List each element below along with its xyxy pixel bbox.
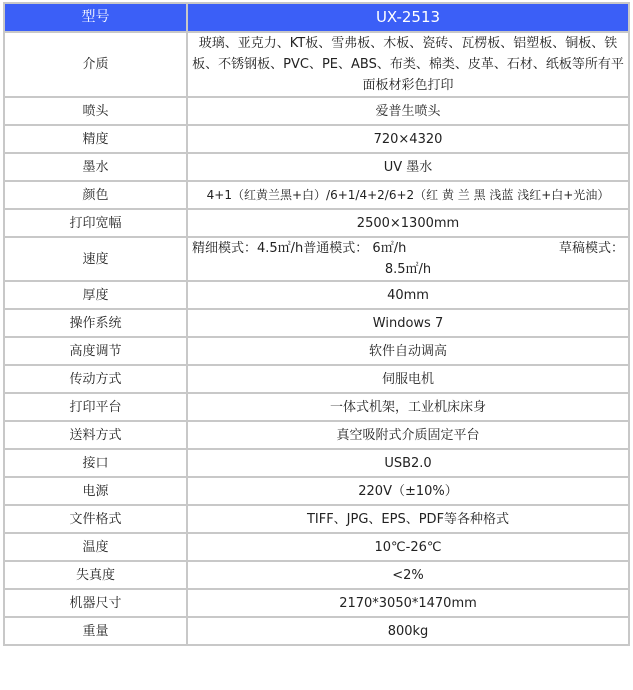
row-label: 打印宽幅: [4, 209, 187, 237]
table-row: 机器尺寸 2170*3050*1470mm: [4, 589, 629, 617]
table-row: 送料方式 真空吸附式介质固定平台: [4, 421, 629, 449]
table-row: 操作系统 Windows 7: [4, 309, 629, 337]
row-label: 送料方式: [4, 421, 187, 449]
table-row: 介质 玻璃、亚克力、KT板、雪弗板、木板、瓷砖、瓦楞板、铝塑板、铜板、铁板、不锈…: [4, 32, 629, 97]
row-value: 720×4320: [187, 125, 629, 153]
table-row: 温度 10℃-26℃: [4, 533, 629, 561]
row-value: 4+1（红黄兰黑+白）/6+1/4+2/6+2（红 黄 兰 黑 浅蓝 浅红+白+…: [187, 181, 629, 209]
row-label: 墨水: [4, 153, 187, 181]
table-row: 高度调节 软件自动调高: [4, 337, 629, 365]
row-value: 一体式机架，工业机床床身: [187, 393, 629, 421]
row-label: 高度调节: [4, 337, 187, 365]
row-label: 文件格式: [4, 505, 187, 533]
table-row: 传动方式 伺服电机: [4, 365, 629, 393]
row-value: 800kg: [187, 617, 629, 645]
table-row: 失真度 <2%: [4, 561, 629, 589]
row-label: 喷头: [4, 97, 187, 125]
speed-draft-value: 8.5㎡/h: [192, 259, 624, 280]
row-value: USB2.0: [187, 449, 629, 477]
row-label: 介质: [4, 32, 187, 97]
row-label: 温度: [4, 533, 187, 561]
speed-value: 精细模式：4.5㎡/h 普通模式： 6㎡/h 草稿模式： 8.5㎡/h: [187, 237, 629, 281]
row-label: 电源: [4, 477, 187, 505]
row-label: 操作系统: [4, 309, 187, 337]
table-row: 喷头 爱普生喷头: [4, 97, 629, 125]
row-label: 厚度: [4, 281, 187, 309]
row-value: 2500×1300mm: [187, 209, 629, 237]
table-row: 接口 USB2.0: [4, 449, 629, 477]
table-row: 墨水 UV 墨水: [4, 153, 629, 181]
row-label: 速度: [4, 237, 187, 281]
row-value: 软件自动调高: [187, 337, 629, 365]
row-value: UV 墨水: [187, 153, 629, 181]
row-value: Windows 7: [187, 309, 629, 337]
speed-line-1: 精细模式：4.5㎡/h 普通模式： 6㎡/h 草稿模式：: [192, 238, 624, 259]
table-row: 速度 精细模式：4.5㎡/h 普通模式： 6㎡/h 草稿模式： 8.5㎡/h: [4, 237, 629, 281]
row-value: 真空吸附式介质固定平台: [187, 421, 629, 449]
row-label: 机器尺寸: [4, 589, 187, 617]
row-label: 精度: [4, 125, 187, 153]
row-value: 220V（±10%）: [187, 477, 629, 505]
speed-fine: 精细模式：4.5㎡/h: [192, 238, 303, 259]
speed-draft-label: 草稿模式：: [559, 238, 624, 259]
row-value: TIFF、JPG、EPS、PDF等各种格式: [187, 505, 629, 533]
row-value: 40mm: [187, 281, 629, 309]
table-row: 打印平台 一体式机架，工业机床床身: [4, 393, 629, 421]
row-label: 传动方式: [4, 365, 187, 393]
table-header-row: 型号 UX-2513: [4, 3, 629, 32]
table-row: 厚度 40mm: [4, 281, 629, 309]
table-row: 精度 720×4320: [4, 125, 629, 153]
table-row: 电源 220V（±10%）: [4, 477, 629, 505]
row-label: 重量: [4, 617, 187, 645]
header-label: 型号: [4, 3, 187, 32]
speed-normal: 普通模式： 6㎡/h: [303, 238, 406, 259]
model-number: UX-2513: [187, 3, 629, 32]
row-label: 失真度: [4, 561, 187, 589]
row-label: 接口: [4, 449, 187, 477]
row-value: 玻璃、亚克力、KT板、雪弗板、木板、瓷砖、瓦楞板、铝塑板、铜板、铁板、不锈钢板、…: [187, 32, 629, 97]
table-row: 颜色 4+1（红黄兰黑+白）/6+1/4+2/6+2（红 黄 兰 黑 浅蓝 浅红…: [4, 181, 629, 209]
row-value: 伺服电机: [187, 365, 629, 393]
table-row: 文件格式 TIFF、JPG、EPS、PDF等各种格式: [4, 505, 629, 533]
row-value: 爱普生喷头: [187, 97, 629, 125]
row-value: 2170*3050*1470mm: [187, 589, 629, 617]
row-value: <2%: [187, 561, 629, 589]
spec-table: 型号 UX-2513 介质 玻璃、亚克力、KT板、雪弗板、木板、瓷砖、瓦楞板、铝…: [3, 2, 630, 646]
row-value: 10℃-26℃: [187, 533, 629, 561]
table-row: 打印宽幅 2500×1300mm: [4, 209, 629, 237]
table-row: 重量 800kg: [4, 617, 629, 645]
row-label: 打印平台: [4, 393, 187, 421]
row-label: 颜色: [4, 181, 187, 209]
